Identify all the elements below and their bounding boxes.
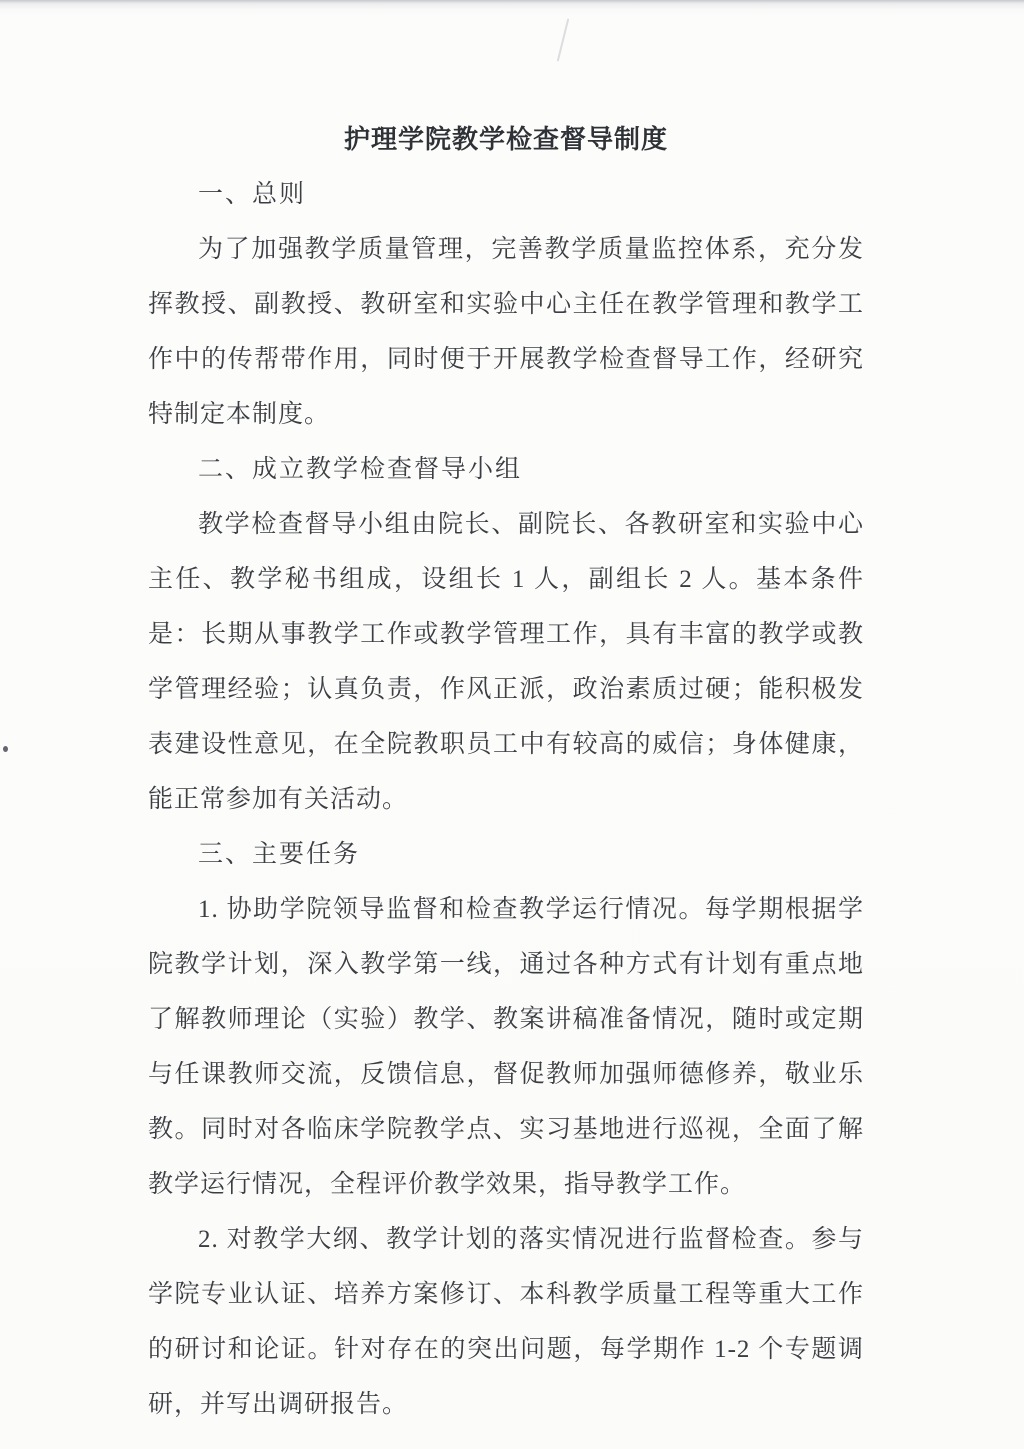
section-heading-group: 二、成立教学检查督导小组	[148, 442, 864, 497]
paragraph: 2. 对教学大纲、教学计划的落实情况进行监督检查。参与学院专业认证、培养方案修订…	[148, 1212, 864, 1432]
document-page: 护理学院教学检查督导制度 一、总则 为了加强教学质量管理，完善教学质量监控体系，…	[0, 0, 1024, 1449]
scan-edge-shadow	[0, 0, 1024, 10]
document-title: 护理学院教学检查督导制度	[148, 112, 864, 167]
scan-dot-artifact	[3, 746, 8, 752]
paragraph: 教学检查督导小组由院长、副院长、各教研室和实验中心主任、教学秘书组成，设组长 1…	[148, 497, 864, 827]
section-heading-general: 一、总则	[148, 167, 864, 222]
paragraph: 1. 协助学院领导监督和检查教学运行情况。每学期根据学院教学计划，深入教学第一线…	[148, 882, 864, 1212]
section-heading-tasks: 三、主要任务	[148, 827, 864, 882]
paragraph: 为了加强教学质量管理，完善教学质量监控体系，充分发挥教授、副教授、教研室和实验中…	[148, 222, 864, 442]
document-content: 护理学院教学检查督导制度 一、总则 为了加强教学质量管理，完善教学质量监控体系，…	[148, 112, 864, 1432]
scan-streak-artifact	[557, 18, 570, 61]
